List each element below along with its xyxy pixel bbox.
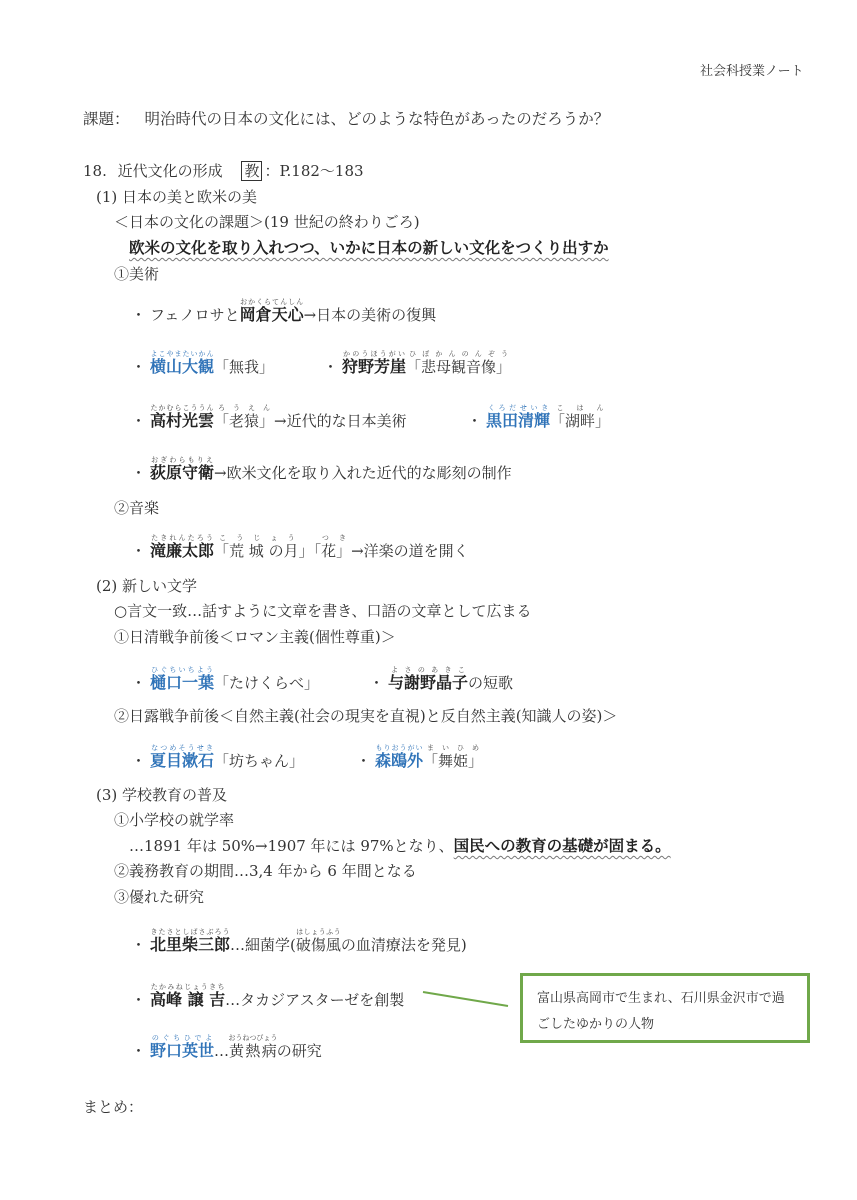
callout-box: 富山県高岡市で生まれ、石川県金沢市で過ごしたゆかりの人物	[520, 973, 810, 1043]
summary-label: まとめ：	[83, 1096, 143, 1117]
